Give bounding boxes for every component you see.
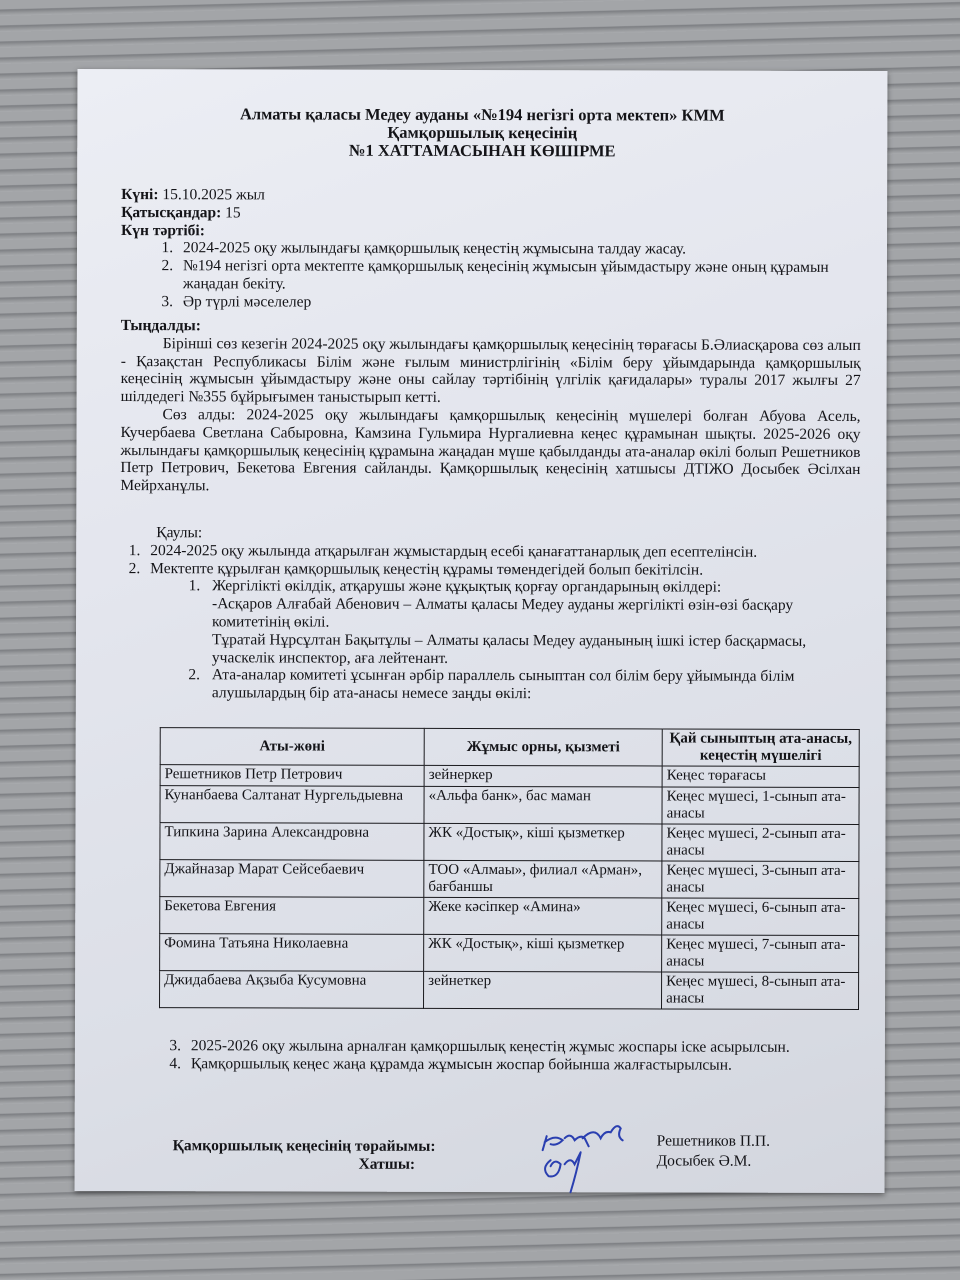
participants-line: Қатысқандар: 15 (121, 204, 841, 224)
representative-2: Тұратай Нұрсұлтан Бақытұлы – Алматы қала… (212, 631, 860, 668)
table-row: Кунанбаева Салтанат Нургельдыевна «Альфа… (160, 786, 859, 825)
secretary-name: Досыбек Ә.М. (657, 1152, 752, 1170)
council-members-table: Аты-жөні Жұмыс орны, қызметі Қай сыныпты… (159, 727, 860, 1010)
column-header-name: Аты-жөні (160, 728, 424, 766)
agenda-list: 2024-2025 оқу жылындағы қамқоршылық кеңе… (153, 240, 841, 313)
decision-item: Қамқоршылық кеңес жаңа құрамда жұмысын ж… (185, 1055, 879, 1075)
heard-paragraph-2: Сөз алды: 2024-2025 оқу жылындағы қамқор… (120, 406, 860, 497)
heard-paragraph-1: Бірінші сөз кезегін 2024-2025 оқу жылынд… (121, 335, 861, 408)
decision-subitem: Жергілікті өкілдік, атқарушы және құқықт… (204, 578, 860, 669)
agenda-item: Әр түрлі мәселелер (177, 293, 841, 313)
secretary-label: Хатшы: (359, 1156, 416, 1174)
participants-value: 15 (225, 204, 241, 221)
header-title: №1 ХАТТАМАСЫНАН КӨШІРМЕ (77, 141, 887, 161)
decision-label: Қаулы: (156, 524, 860, 544)
decision-sublist: Жергілікті өкілдік, атқарушы және құқықт… (150, 578, 860, 704)
agenda-item: №194 негізгі орта мектепте қамқоршылық к… (177, 257, 841, 294)
chair-label: Қамқоршылық кеңесінің төрайымы: (173, 1137, 436, 1155)
decision-list-continued: 2025-2026 оқу жылына арналған қамқоршылы… (159, 1037, 879, 1074)
representative-1: -Асқаров Алғабай Абенович – Алматы қалас… (212, 595, 860, 632)
heard-section: Тыңдалды: Бірінші сөз кезегін 2024-2025 … (120, 317, 860, 497)
meta-section: Күні: 15.10.2025 жыл Қатысқандар: 15 Күн… (121, 186, 841, 312)
decision-item: 2025-2026 оқу жылына арналған қамқоршылы… (185, 1037, 879, 1057)
date-value: 15.10.2025 жыл (162, 186, 265, 203)
table-row: Бекетова Евгения Жеке кәсіпкер «Амина» К… (160, 897, 859, 936)
table-header-row: Аты-жөні Жұмыс орны, қызметі Қай сыныпты… (160, 728, 859, 767)
table-row: Джидабаева Ақзыба Кусумовна зейнеткер Ке… (160, 971, 859, 1010)
table-row: Фомина Татьяна Николаевна ЖК «Достық», к… (160, 934, 859, 973)
handwritten-signature-icon (537, 1116, 637, 1196)
decision-subitem: Ата-аналар комитеті ұсынған әрбір паралл… (204, 667, 860, 704)
document-page: Алматы қаласы Медеу ауданы «№194 негізгі… (75, 69, 888, 1193)
agenda-item: 2024-2025 оқу жылындағы қамқоршылық кеңе… (177, 240, 841, 260)
date-line: Күні: 15.10.2025 жыл (121, 186, 841, 206)
table-row: Типкина Зарина Александровна ЖК «Достық»… (160, 823, 859, 862)
table-row: Решетников Петр Петрович зейнеркер Кеңес… (160, 765, 859, 788)
document-header: Алматы қаласы Медеу ауданы «№194 негізгі… (77, 105, 887, 161)
decision-list: 2024-2025 оқу жылында атқарылған жұмыста… (120, 542, 860, 704)
column-header-workplace: Жұмыс орны, қызметі (424, 728, 662, 766)
heard-label: Тыңдалды: (121, 317, 861, 337)
chair-name: Решетников П.П. (657, 1132, 770, 1150)
decision-item: Мектепте құрылған қамқоршылық кеңестің қ… (144, 560, 860, 704)
decision-item: 2024-2025 оқу жылында атқарылған жұмыста… (144, 542, 860, 562)
agenda-label: Күн тәртібі: (121, 222, 841, 242)
decision-continued: 2025-2026 оқу жылына арналған қамқоршылы… (159, 1037, 879, 1074)
decision-section: Қаулы: 2024-2025 оқу жылында атқарылған … (120, 524, 860, 704)
table-row: Джайназар Марат Сейсебаевич ТОО «Алмаы»,… (160, 860, 859, 899)
signature-section: Қамқоршылық кеңесінің төрайымы: Хатшы: Р… (75, 1129, 885, 1191)
column-header-membership: Қай сыныптың ата-анасы, кеңестің мүшеліг… (662, 729, 859, 767)
